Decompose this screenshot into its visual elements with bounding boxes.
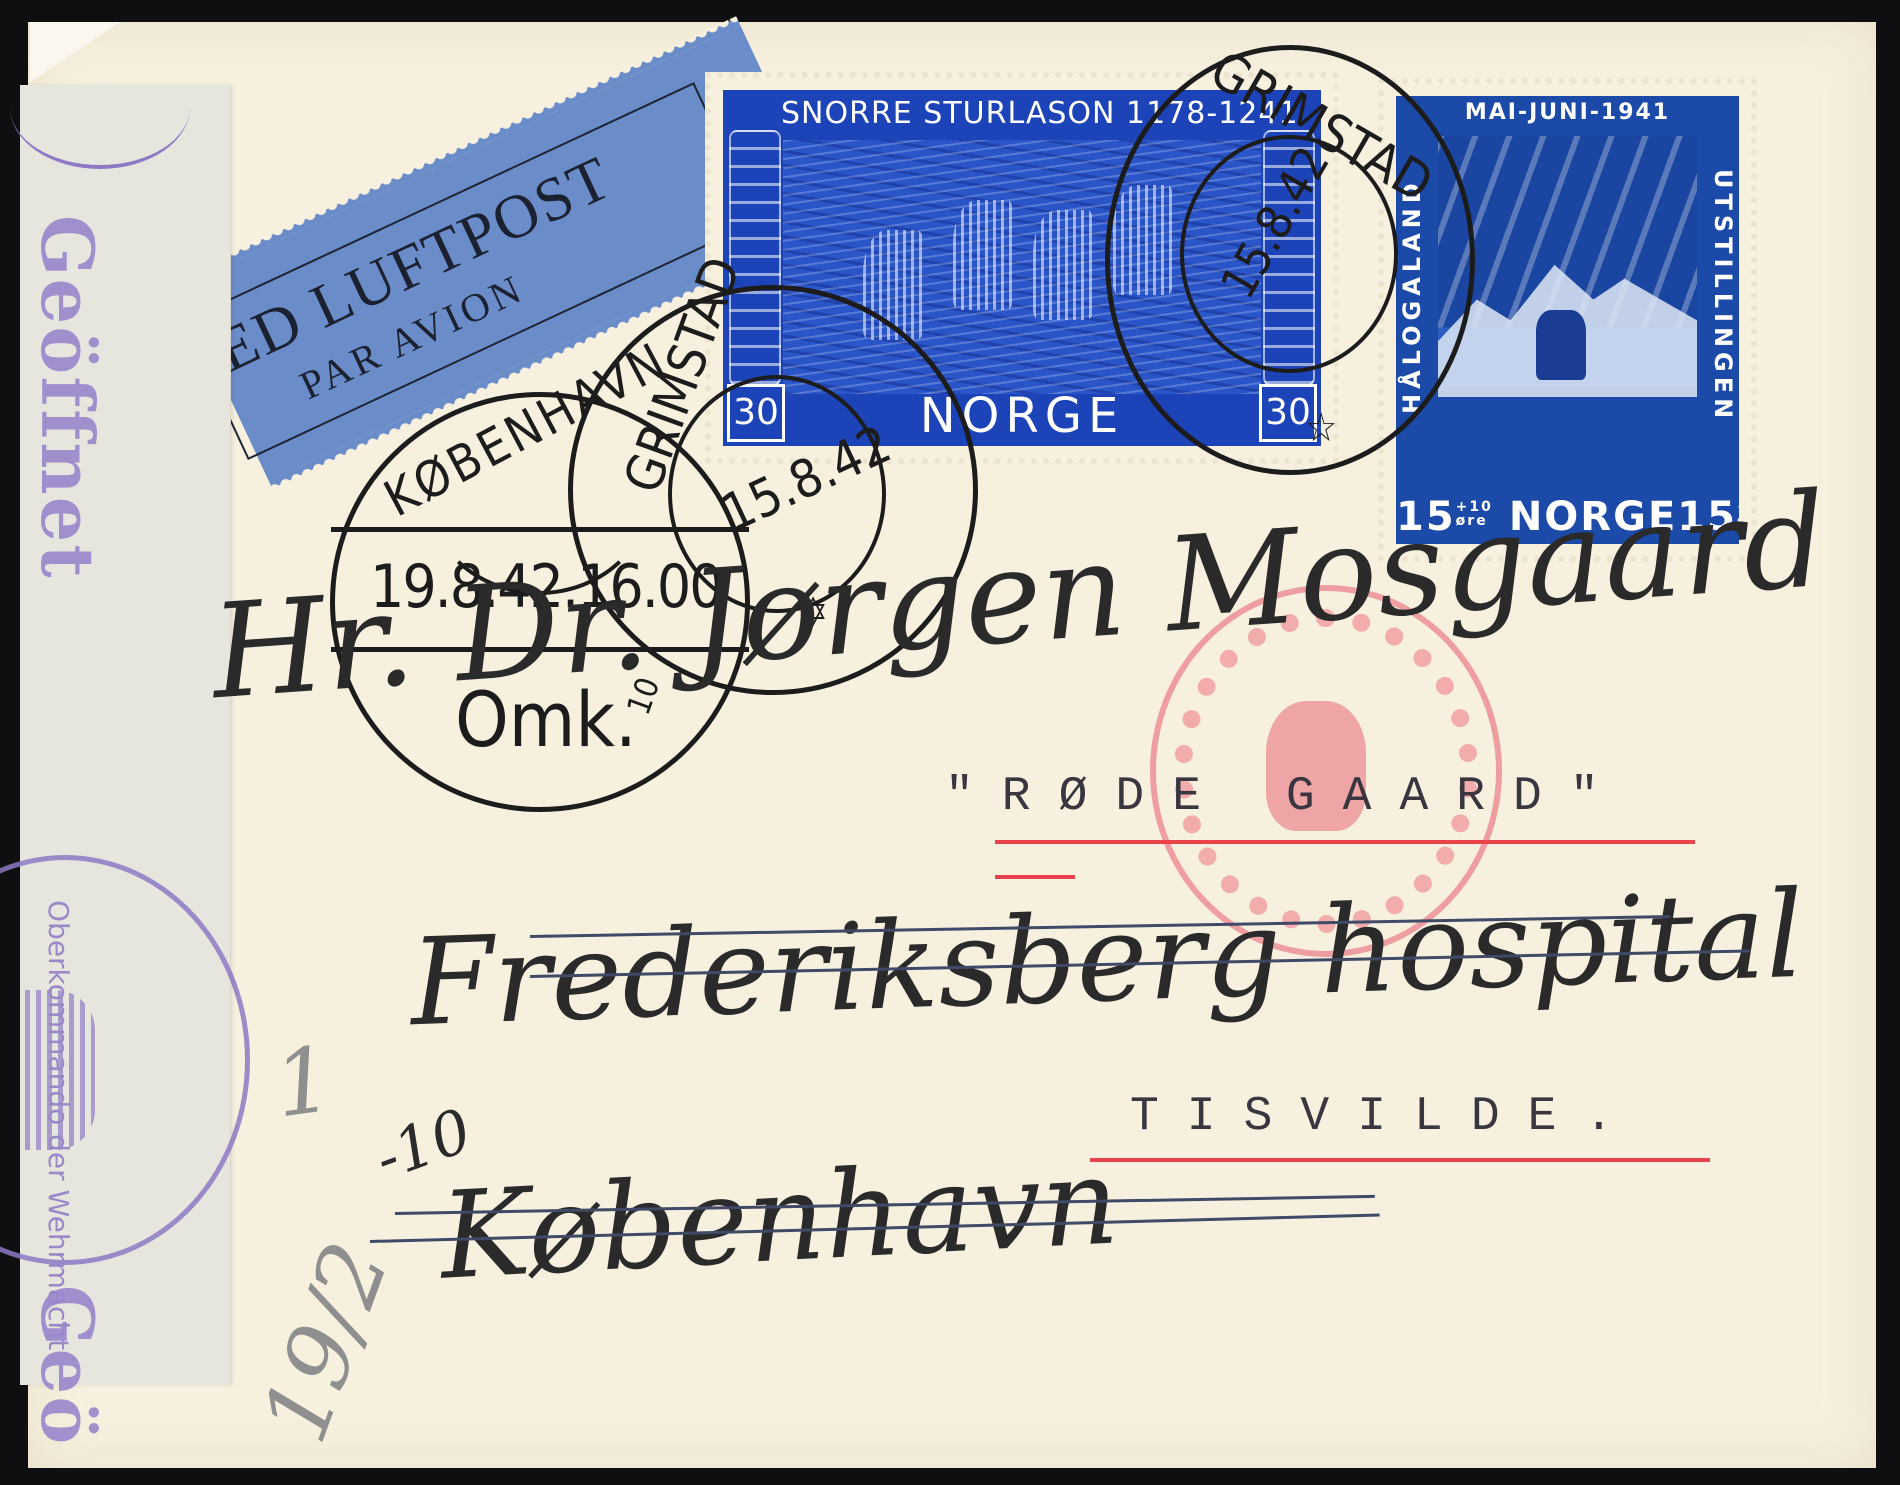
typed-address-line2: TISVILDE. — [1130, 1090, 1641, 1144]
typed-address-line1: "RØDE GAARD" — [945, 770, 1627, 824]
censor-seal-arc — [10, 45, 190, 169]
aurora-mountain-scene — [1438, 136, 1697, 484]
ship-icon — [1536, 310, 1586, 380]
red-underline-short — [995, 875, 1075, 879]
star-icon: ☆ — [1305, 405, 1337, 451]
stamp-top-text: MAI-JUNI-1941 — [1396, 100, 1739, 125]
ship-icon — [953, 200, 1013, 310]
censor-strip: Geöffnet Oberkommando der Wehrmacht Geö — [20, 85, 231, 1385]
censor-word-geoeffnet: Geöffnet — [25, 215, 110, 580]
stamp-right-text: UTSTILLINGEN — [1709, 136, 1737, 456]
postmark-grimstad-right: GRIMSTAD 15.8.42 ☆ — [1105, 45, 1475, 475]
ship-icon — [1033, 210, 1093, 320]
censor-seal: Oberkommando der Wehrmacht — [0, 855, 250, 1265]
red-underline — [995, 840, 1695, 844]
censor-seal-text: Oberkommando der Wehrmacht — [35, 900, 75, 1220]
censor-word-bottom: Geö — [25, 1285, 110, 1446]
red-underline — [1090, 1158, 1710, 1162]
